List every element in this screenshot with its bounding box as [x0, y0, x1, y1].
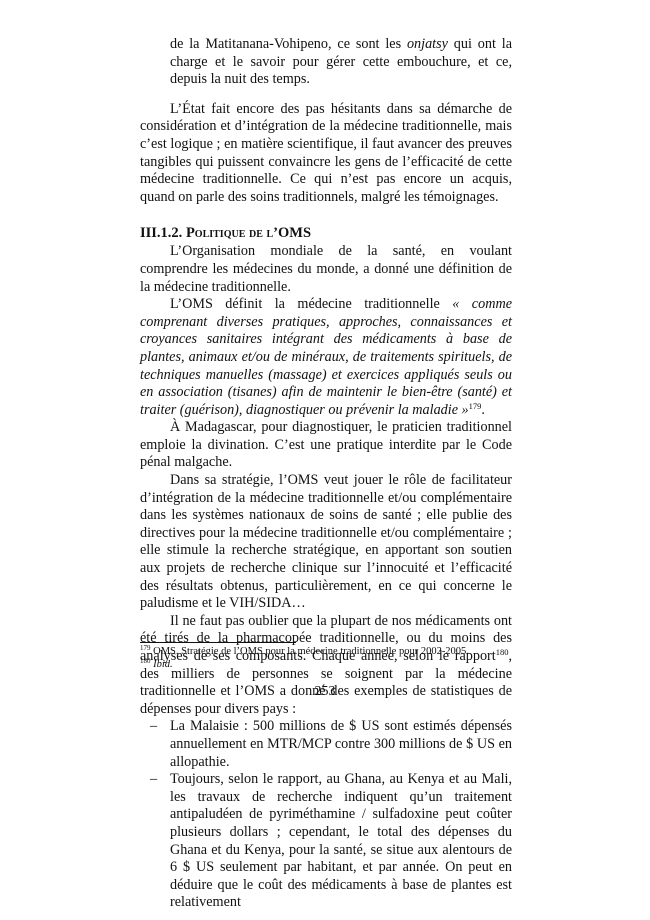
list-item: –La Malaisie : 500 millions de $ US sont… [140, 718, 512, 771]
footnote-ref-179[interactable]: 179 [469, 401, 482, 411]
footnote-number: 180 [140, 657, 151, 665]
footnotes: 179 OMS. Stratégie de l’OMS pour la méde… [140, 645, 512, 671]
heading-text: Politique de l’ [186, 225, 278, 241]
heading-acronym: OMS [278, 225, 311, 241]
footnote-text: Ibid. [151, 659, 173, 670]
footnote-separator [140, 642, 296, 643]
paragraph-strategie: Dans sa stratégie, l’OMS veut jouer le r… [140, 472, 512, 613]
paragraph-etat: L’État fait encore des pas hésitants dan… [140, 101, 512, 207]
text: de la Matitanana-Vohipeno, ce sont les [170, 36, 407, 52]
page-number: 253 [0, 684, 650, 700]
list-item: –Toujours, selon le rapport, au Ghana, a… [140, 771, 512, 912]
italic-term: onjatsy [407, 36, 448, 52]
footnote-text: OMS. Stratégie de l’OMS pour la médecine… [151, 646, 469, 657]
text: . [481, 402, 485, 418]
footnote-number: 179 [140, 644, 151, 652]
expenses-list: –La Malaisie : 500 millions de $ US sont… [140, 718, 512, 912]
page-body: de la Matitanana-Vohipeno, ce sont les o… [140, 36, 512, 912]
paragraph-definition: L’OMS définit la médecine traditionnelle… [140, 296, 512, 419]
continued-quote-paragraph: de la Matitanana-Vohipeno, ce sont les o… [140, 36, 512, 89]
paragraph-organisation: L’Organisation mondiale de la santé, en … [140, 243, 512, 296]
dash-bullet-icon: – [150, 718, 157, 736]
heading-number: III.1.2. [140, 225, 186, 241]
dash-bullet-icon: – [150, 771, 157, 789]
definition-quote: « comme comprenant diverses pratiques, a… [140, 296, 512, 418]
section-heading: III.1.2. Politique de l’OMS [140, 224, 512, 242]
list-item-text: La Malaisie : 500 millions de $ US sont … [170, 718, 512, 769]
footnote-179: 179 OMS. Stratégie de l’OMS pour la méde… [140, 645, 512, 658]
footnote-180: 180 Ibid. [140, 658, 512, 671]
paragraph-madagascar: À Madagascar, pour diagnostiquer, le pra… [140, 419, 512, 472]
list-item-text: Toujours, selon le rapport, au Ghana, au… [170, 771, 512, 910]
text: L’OMS définit la médecine traditionnelle [170, 296, 452, 312]
